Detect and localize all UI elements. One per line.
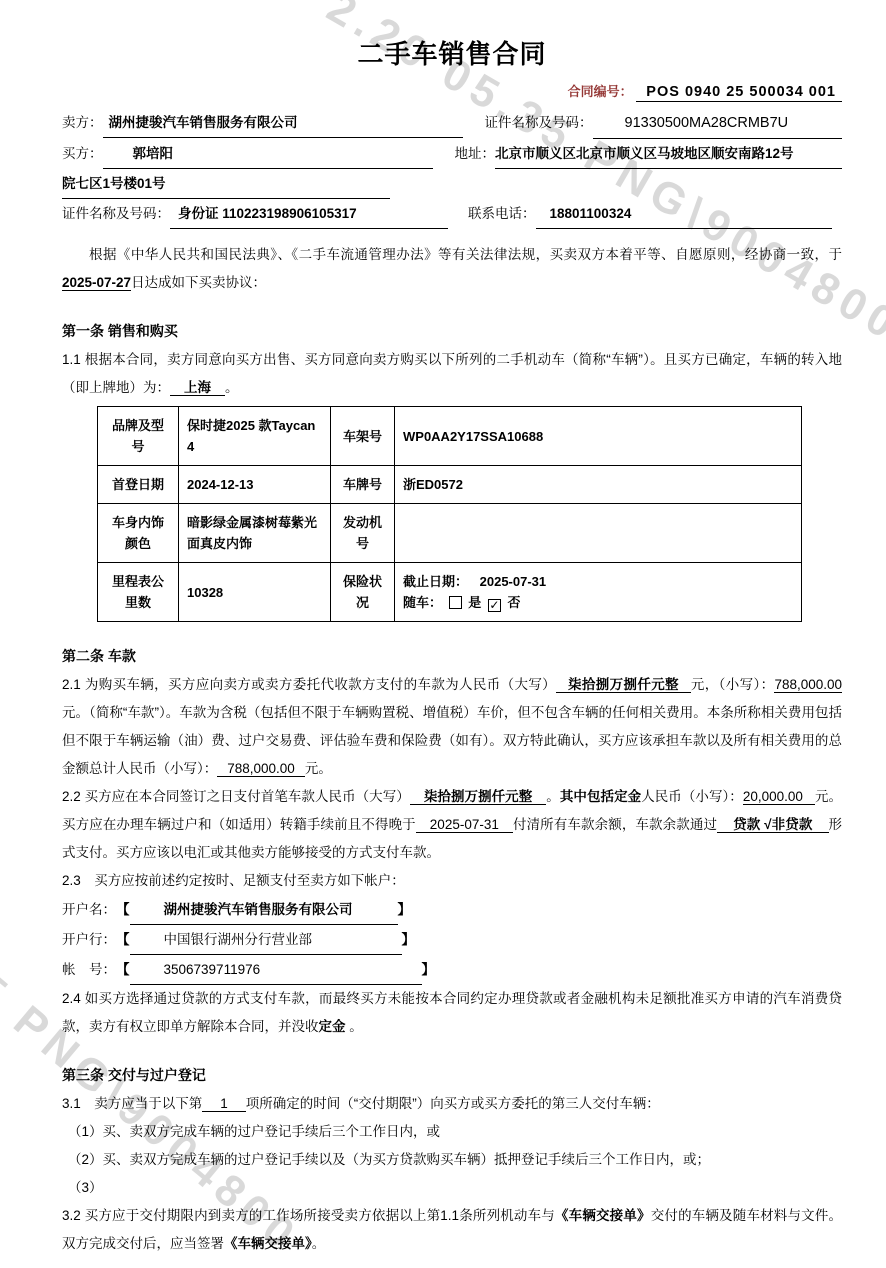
- clause-2-4-end: 。: [346, 1019, 363, 1034]
- clause-1-1-end: 。: [225, 380, 239, 395]
- deposit-number: 20,000.00: [743, 789, 815, 805]
- clause-3-2-end: 。: [312, 1236, 326, 1251]
- engine-no-label: 发动机号: [331, 504, 395, 563]
- checkbox-yes-unchecked: [449, 596, 462, 609]
- address-line2: 院七区1号楼01号: [62, 169, 390, 199]
- account-name-label: 开户名：: [62, 895, 116, 924]
- first-reg-label: 首登日期: [98, 466, 179, 504]
- preamble-text-2: 日达成如下买卖协议：: [131, 275, 266, 290]
- delivery-item-1: （1）买、卖双方完成车辆的过户登记手续后三个工作日内，或: [62, 1118, 842, 1146]
- plate-value: 浙ED0572: [395, 466, 802, 504]
- contract-number-line: 合同编号： POS 0940 25 500034 001: [62, 78, 842, 106]
- insurance-deadline-label: 截止日期：: [403, 574, 468, 589]
- account-number-value: 3506739711976: [130, 955, 422, 985]
- bracket-open: 【: [116, 955, 130, 984]
- delivery-item-2: （2）买、卖双方完成车辆的过户登记手续以及（为买方贷款购买车辆）抵押登记手续后三…: [62, 1146, 842, 1174]
- clause-2-1-end: 元。: [305, 761, 332, 776]
- buyer-row: 买方： 郭培阳 地址： 北京市顺义区北京市顺义区马坡地区顺安南路12号: [62, 139, 842, 169]
- clause-3-1-end: 项所确定的时间（“交付期限”）向买方或买方委托的第三人交付车辆：: [246, 1096, 660, 1111]
- clause-2-1-t2: 元，（小写）：: [691, 677, 775, 692]
- bracket-close: 】: [422, 955, 436, 984]
- page-title: 二手车销售合同: [62, 40, 842, 68]
- signing-date: 2025-07-27: [62, 275, 131, 291]
- deposit-note-bold: 其中包括定金: [560, 789, 641, 804]
- table-row: 车身内饰颜色 暗影绿金属漆树莓紫光面真皮内饰 发动机号: [98, 504, 802, 563]
- vehicle-table: 品牌及型号 保时捷2025 款Taycan 4 车架号 WP0AA2Y17SSA…: [97, 406, 802, 622]
- phone-value: 18801100324: [536, 199, 832, 229]
- color-label: 车身内饰颜色: [98, 504, 179, 563]
- clause-3-2-text: 3.2 买方应于交付期限内到卖方的工作场所接受卖方依据以上第1.1条所列机动车与: [62, 1208, 555, 1223]
- address-line1: 北京市顺义区北京市顺义区马坡地区顺安南路12号: [495, 139, 842, 169]
- clause-3-2: 3.2 买方应于交付期限内到卖方的工作场所接受卖方依据以上第1.1条所列机动车与…: [62, 1202, 842, 1258]
- insurance-no-label: 否: [508, 595, 521, 610]
- buyer-id-row: 证件名称及号码： 身份证 110223198906105317 联系电话： 18…: [62, 199, 842, 229]
- section1-heading: 第一条 销售和购买: [62, 317, 842, 345]
- address-label: 地址：: [455, 139, 496, 168]
- deposit-forfeit-bold: 定金: [319, 1019, 346, 1034]
- clause-2-2-t5: 付清所有车款余额，车款余款通过: [513, 817, 717, 832]
- insurance-deadline-value: 2025-07-31: [472, 574, 547, 589]
- contract-number-label: 合同编号：: [568, 84, 633, 99]
- table-row: 里程表公里数 10328 保险状况 截止日期： 2025-07-31 随车： 是…: [98, 563, 802, 622]
- section3-heading: 第三条 交付与过户登记: [62, 1061, 842, 1089]
- handover-doc-1: 《车辆交接单》: [555, 1208, 651, 1223]
- seller-id-label: 证件名称及号码：: [485, 108, 593, 137]
- insurance-withcar-line: 随车： 是 ✓ 否: [403, 592, 793, 613]
- preamble: 根据《中华人民共和国民法典》、《二手车流通管理办法》等有关法律法规，买卖双方本着…: [62, 241, 842, 297]
- balance-due-date: 2025-07-31: [416, 817, 513, 833]
- vin-label: 车架号: [331, 407, 395, 466]
- insurance-yes-label: 是: [468, 595, 481, 610]
- mileage-label: 里程表公里数: [98, 563, 179, 622]
- bracket-open: 【: [116, 895, 130, 924]
- check-icon: ✓: [489, 598, 499, 612]
- account-name-row: 开户名： 【 湖州捷骏汽车销售服务有限公司 】: [62, 895, 842, 925]
- clause-2-2-t3: 人民币（小写）：: [641, 789, 743, 804]
- brand-model-label: 品牌及型号: [98, 407, 179, 466]
- color-value: 暗影绿金属漆树莓紫光面真皮内饰: [179, 504, 331, 563]
- clause-2-3: 2.3 买方应按前述约定按时、足额支付至卖方如下帐户：: [62, 867, 842, 895]
- transfer-city: 上海: [170, 380, 225, 396]
- first-reg-value: 2024-12-13: [179, 466, 331, 504]
- insurance-label: 保险状况: [331, 563, 395, 622]
- phone-label: 联系电话：: [468, 199, 536, 228]
- checkbox-no-checked: ✓: [488, 599, 501, 612]
- clause-3-1: 3.1 卖方应当于以下第1项所确定的时间（“交付期限”）向买方或买方委托的第三人…: [62, 1090, 842, 1118]
- insurance-cell: 截止日期： 2025-07-31 随车： 是 ✓ 否: [395, 563, 802, 622]
- seller-row: 卖方： 湖州捷骏汽车销售服务有限公司 证件名称及号码： 91330500MA28…: [62, 108, 842, 139]
- table-row: 首登日期 2024-12-13 车牌号 浙ED0572: [98, 466, 802, 504]
- account-bank-value: 中国银行湖州分行营业部: [130, 925, 402, 955]
- bracket-close: 】: [402, 925, 416, 954]
- seller-label: 卖方：: [62, 108, 103, 137]
- table-row: 品牌及型号 保时捷2025 款Taycan 4 车架号 WP0AA2Y17SSA…: [98, 407, 802, 466]
- clause-1-1: 1.1 根据本合同，卖方同意向买方出售、买方同意向卖方购买以下所列的二手机动车（…: [62, 346, 842, 402]
- account-bank-row: 开户行： 【 中国银行湖州分行营业部 】: [62, 925, 842, 955]
- vin-value: WP0AA2Y17SSA10688: [395, 407, 802, 466]
- preamble-text: 根据《中华人民共和国民法典》、《二手车流通管理办法》等有关法律法规，买卖双方本着…: [89, 247, 842, 262]
- clause-2-4-text: 2.4 如买方选择通过贷款的方式支付车款，而最终买方未能按本合同约定办理贷款或者…: [62, 991, 842, 1034]
- seller-id-value: 91330500MA28CRMB7U: [593, 109, 843, 139]
- clause-2-1: 2.1 为购买车辆，买方应向卖方或卖方委托代收款方支付的车款为人民币（大写）柒拾…: [62, 671, 842, 783]
- seller-name: 湖州捷骏汽车销售服务有限公司: [103, 108, 463, 138]
- account-number-row: 帐 号： 【 3506739711976 】: [62, 955, 842, 985]
- buyer-id-value: 身份证 110223198906105317: [170, 199, 448, 229]
- clause-2-4: 2.4 如买方选择通过贷款的方式支付车款，而最终买方未能按本合同约定办理贷款或者…: [62, 985, 842, 1041]
- contract-number-value: POS 0940 25 500034 001: [636, 84, 842, 102]
- contract-page: 2.20 05.35 PNG\9004800 35 PNG\9004800 二手…: [0, 0, 886, 1268]
- price-capital: 柒拾捌万捌仟元整: [556, 677, 691, 693]
- clause-2-1-text: 2.1 为购买车辆，买方应向卖方或卖方委托代收款方支付的车款为人民币（大写）: [62, 677, 556, 692]
- clause-2-2: 2.2 买方应在本合同签订之日支付首笔车款人民币（大写）柒拾捌万捌仟元整。其中包…: [62, 783, 842, 867]
- account-bank-label: 开户行：: [62, 925, 116, 954]
- section2-heading: 第二条 车款: [62, 642, 842, 670]
- price-number: 788,000.00: [774, 677, 842, 693]
- bracket-open: 【: [116, 925, 130, 954]
- account-number-label: 帐 号：: [62, 955, 116, 984]
- payment-method: 贷款 √非贷款: [717, 817, 828, 833]
- delivery-item-3: （3）: [62, 1174, 842, 1202]
- total-price-number: 788,000.00: [217, 761, 305, 777]
- first-payment-capital: 柒拾捌万捌仟元整: [410, 789, 546, 805]
- mileage-value: 10328: [179, 563, 331, 622]
- delivery-option-number: 1: [202, 1096, 246, 1112]
- address-row-2: 院七区1号楼01号: [62, 169, 842, 199]
- buyer-id-label: 证件名称及号码：: [62, 199, 170, 228]
- brand-model-value: 保时捷2025 款Taycan 4: [179, 407, 331, 466]
- handover-doc-2: 《车辆交接单》: [224, 1236, 312, 1251]
- buyer-label: 买方：: [62, 139, 103, 168]
- insurance-withcar-label: 随车：: [403, 595, 442, 610]
- insurance-deadline-line: 截止日期： 2025-07-31: [403, 571, 793, 592]
- buyer-name: 郭培阳: [103, 139, 433, 169]
- clause-2-2-t2: 。: [546, 789, 560, 804]
- clause-3-1-text: 3.1 卖方应当于以下第: [62, 1096, 202, 1111]
- bracket-close: 】: [398, 895, 412, 924]
- plate-label: 车牌号: [331, 466, 395, 504]
- engine-no-value: [395, 504, 802, 563]
- clause-2-2-text: 2.2 买方应在本合同签订之日支付首笔车款人民币（大写）: [62, 789, 410, 804]
- clause-2-1-t3: 元。（简称“车款”）。车款为含税（包括但不限于车辆购置税、增值税）车价，但不包含…: [62, 705, 842, 776]
- account-name-value: 湖州捷骏汽车销售服务有限公司: [130, 895, 398, 925]
